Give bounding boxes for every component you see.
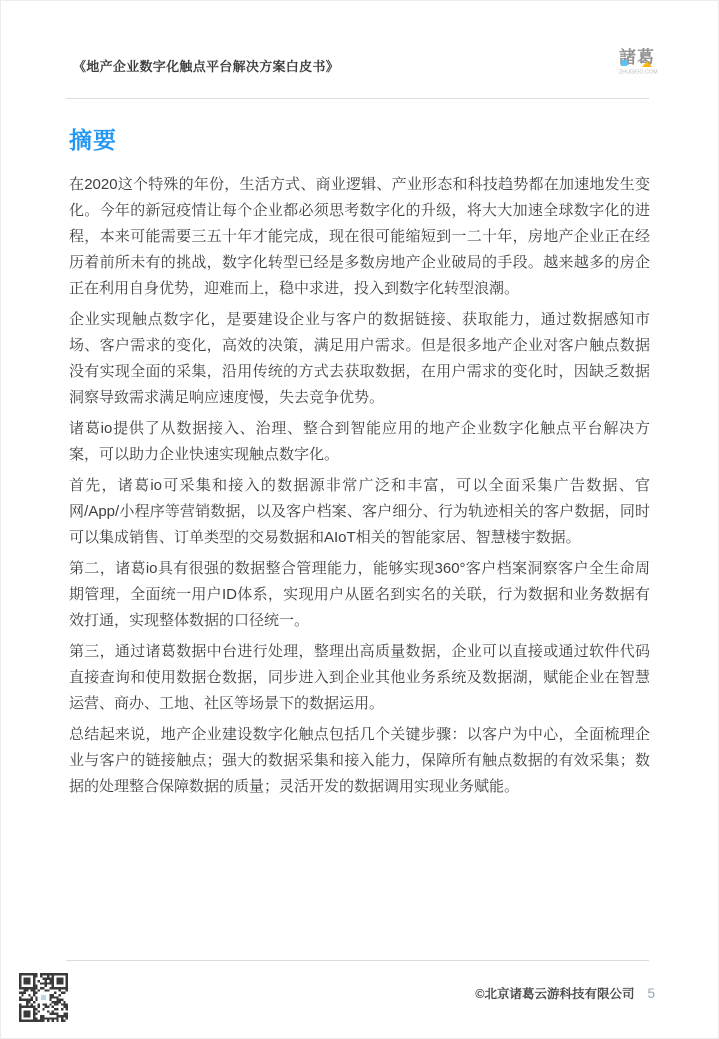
copyright-text: ©北京诸葛云游科技有限公司 [475,984,634,1002]
paragraph-3: 诸葛io提供了从数据接入、治理、整合到智能应用的地产企业数字化触点平台解决方案，… [69,416,650,468]
paragraph-7: 总结起来说，地产企业建设数字化触点包括几个关键步骤：以客户为中心，全面梳理企业与… [69,722,650,800]
zhuge-logo: 諸葛 ZHUGEIO.COM [619,48,663,79]
page-number: 5 [647,986,655,1001]
abstract-content: 在2020这个特殊的年份，生活方式、商业逻辑、产业形态和科技趋势都在加速地发生变… [69,172,650,805]
paragraph-6: 第三，通过诸葛数据中台进行处理，整理出高质量数据，企业可以直接或通过软件代码直接… [69,639,650,717]
header-divider [66,98,649,99]
section-title: 摘要 [69,125,117,155]
zhuge-logo-text: 諸葛 [619,48,663,68]
qr-code [19,973,68,1022]
paragraph-1: 在2020这个特殊的年份，生活方式、商业逻辑、产业形态和科技趋势都在加速地发生变… [69,172,650,302]
paragraph-4: 首先，诸葛io可采集和接入的数据源非常广泛和丰富，可以全面采集广告数据、官网/A… [69,473,650,551]
document-title: 《地产企业数字化触点平台解决方案白皮书》 [73,56,339,75]
paragraph-2: 企业实现触点数字化，是要建设企业与客户的数据链接、获取能力，通过数据感知市场、客… [69,307,650,411]
paragraph-5: 第二，诸葛io具有很强的数据整合管理能力，能够实现360°客户档案洞察客户全生命… [69,556,650,634]
document-page: 《地产企业数字化触点平台解决方案白皮书》 諸葛 ZHUGEIO.COM 摘要 在… [0,0,719,1039]
logo-blue-square-icon [621,60,627,66]
footer-divider [66,960,649,961]
zhuge-logo-domain: ZHUGEIO.COM [619,69,645,75]
footer-right: ©北京诸葛云游科技有限公司 5 [475,984,655,1002]
